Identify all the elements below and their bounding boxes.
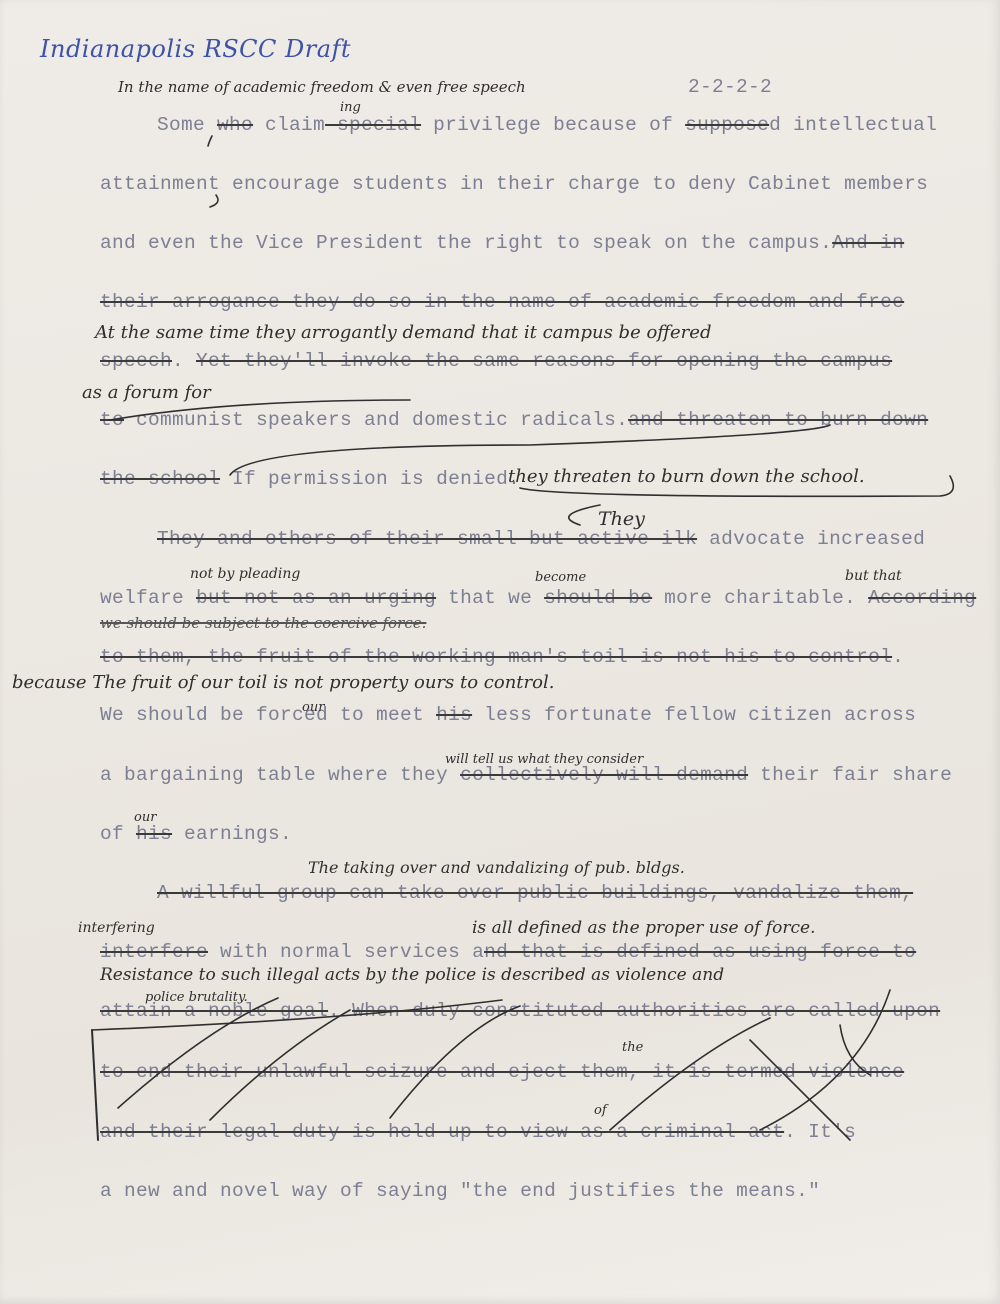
struck-text: to <box>100 409 124 431</box>
typed-text: with normal services a <box>208 941 484 963</box>
edit-resistance: Resistance to such illegal acts by the p… <box>100 965 724 985</box>
document-page: Indianapolis RSCC Draft In the name of a… <box>0 0 1000 1304</box>
typed-line: a new and novel way of saying "the end j… <box>100 1180 820 1202</box>
typed-text: and even the Vice President the right to… <box>100 232 832 254</box>
typed-text: d intellectual <box>769 114 937 136</box>
typed-line: Some who claim special privilege because… <box>157 114 937 136</box>
struck-text: suppose <box>685 114 769 136</box>
typed-text: a bargaining table where they <box>100 764 460 786</box>
edit-our-1: our <box>302 700 324 715</box>
typed-text: We should be forced to meet <box>100 704 436 726</box>
edit-the-insert: the <box>622 1040 643 1055</box>
struck-text: And in <box>832 232 904 254</box>
typed-line: their arrogance they do so in the name o… <box>100 291 904 313</box>
typed-line: speech. Yet they'll invoke the same reas… <box>100 350 892 372</box>
typed-line: of his earnings. <box>100 823 292 845</box>
edit-threaten-burn: they threaten to burn down the school. <box>508 466 865 487</box>
edit-as-forum: as a forum for <box>82 382 211 403</box>
typed-line: interfere with normal services and that … <box>100 941 916 963</box>
typed-text: . <box>328 1000 352 1022</box>
edit-not-by-pleading: not by pleading <box>190 566 300 582</box>
typed-text: that we <box>436 587 544 609</box>
struck-text: and threaten to burn down <box>628 409 928 431</box>
struck-text: who <box>217 114 253 136</box>
page-number: 2-2-2-2 <box>688 76 772 98</box>
struck-text: interfere <box>100 941 208 963</box>
typed-text: attainment encourage students in their c… <box>100 173 928 195</box>
typed-line: They and others of their small but activ… <box>157 528 925 550</box>
edit-coercive-force: we should be subject to the coercive for… <box>100 614 426 632</box>
struck-text: but not as an urging <box>196 587 436 609</box>
edit-because-fruit: because The fruit of our toil is not pro… <box>12 672 554 693</box>
struck-text: speech <box>100 350 172 372</box>
struck-text: special <box>325 114 421 136</box>
struck-text: They and others of their small but activ… <box>157 528 697 550</box>
typed-line: to communist speakers and domestic radic… <box>100 409 928 431</box>
typed-text: advocate increased <box>697 528 925 550</box>
insert-caret-icon <box>210 195 218 207</box>
typed-text: . <box>172 350 196 372</box>
typed-text: of <box>100 823 136 845</box>
struck-text: his <box>136 823 172 845</box>
struck-text: should be <box>544 587 652 609</box>
struck-text: the school <box>100 468 220 490</box>
typed-text: Some <box>157 114 217 136</box>
typed-line: to end their unlawful seizure and eject … <box>100 1061 904 1083</box>
typed-text: welfare <box>100 587 196 609</box>
typed-line: We should be forced to meet his less for… <box>100 704 916 726</box>
typed-line: the school If permission is denied. <box>100 468 520 490</box>
struck-text: According <box>868 587 976 609</box>
edit-of-insert: of <box>594 1103 607 1118</box>
struck-text: nd that is defined as using force to <box>484 941 916 963</box>
edit-at-same-time: At the same time they arrogantly demand … <box>95 322 711 343</box>
typed-text: more charitable. <box>652 587 868 609</box>
struck-text: their arrogance they do so in the name o… <box>100 291 904 313</box>
typed-text: less fortunate fellow citizen across <box>472 704 916 726</box>
typed-line: A willful group can take over public bui… <box>157 882 913 904</box>
struck-text: to them, the fruit of the working man's … <box>100 646 892 668</box>
typed-text: their fair share <box>748 764 952 786</box>
heading-annotation: In the name of academic freedom & even f… <box>118 78 526 96</box>
struck-text: his <box>436 704 472 726</box>
struck-text: Yet they'll invoke the same reasons for … <box>196 350 892 372</box>
edit-will-tell-us: will tell us what they consider <box>445 752 643 767</box>
typed-text: If permission is denied. <box>220 468 520 490</box>
struck-text: to end their unlawful seizure and eject … <box>100 1061 904 1083</box>
typed-line: and their legal duty is held up to view … <box>100 1121 856 1143</box>
insert-caret-icon <box>208 136 212 146</box>
struck-text: A willful group can take over public bui… <box>157 882 913 904</box>
edit-proper-force: is all defined as the proper use of forc… <box>472 918 816 938</box>
typed-text: earnings. <box>172 823 292 845</box>
struck-text: collectively will demand <box>460 764 748 786</box>
typed-text: privilege because of <box>421 114 685 136</box>
edit-police-brutality: police brutality. <box>145 990 248 1005</box>
typed-line: welfare but not as an urging that we sho… <box>100 587 976 609</box>
edit-our-2: our <box>134 810 156 825</box>
struck-text: and their legal duty is held up to view … <box>100 1121 784 1143</box>
edit-they-insert: They <box>598 508 645 530</box>
title-annotation: Indianapolis RSCC Draft <box>40 35 351 63</box>
edit-claim-ing: ing <box>340 100 361 115</box>
typed-text: . <box>892 646 904 668</box>
edit-but-that: but that <box>845 568 902 584</box>
struck-text: When duly constituted authorities are ca… <box>352 1000 940 1022</box>
typed-text: a new and novel way of saying "the end j… <box>100 1180 820 1202</box>
typed-text: claim <box>253 114 325 136</box>
typed-line: and even the Vice President the right to… <box>100 232 904 254</box>
typed-line: to them, the fruit of the working man's … <box>100 646 904 668</box>
typed-line: attainment encourage students in their c… <box>100 173 928 195</box>
edit-become: become <box>535 570 586 585</box>
typed-text: . It's <box>784 1121 856 1143</box>
typed-text: communist speakers and domestic radicals… <box>124 409 628 431</box>
edit-interfering: interfering <box>78 920 155 936</box>
edit-taking-over: The taking over and vandalizing of pub. … <box>308 858 685 877</box>
typed-line: a bargaining table where they collective… <box>100 764 952 786</box>
